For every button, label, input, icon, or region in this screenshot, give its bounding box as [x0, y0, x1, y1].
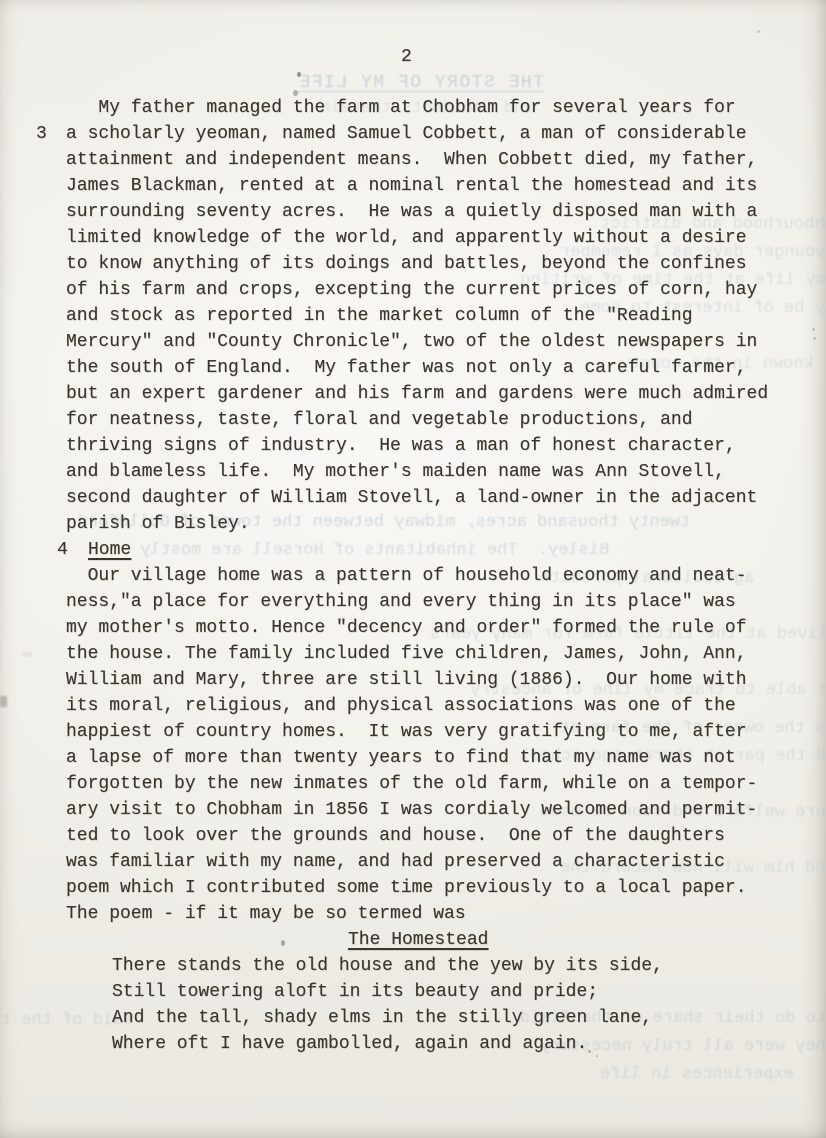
edge-smudge [0, 696, 7, 707]
page-number: 2 [401, 44, 412, 70]
dust-speck [588, 1050, 591, 1053]
text-column: My father managed the farm at Chobham fo… [66, 95, 780, 1057]
dust-speck [596, 1055, 598, 1057]
poem-title: The Homestead [66, 927, 780, 953]
poem-text: There stands the old house and the yew b… [66, 953, 780, 1057]
bleedthrough-title: THE STORY OF MY LIFE [298, 70, 544, 96]
section-heading-home: Home [66, 537, 780, 563]
dust-speck [281, 940, 285, 946]
dust-speck [293, 90, 298, 96]
dust-speck [812, 328, 815, 331]
dust-speck [297, 72, 301, 77]
scanned-document-page: THE STORY OF MY LIFE and incidents there… [0, 0, 826, 1138]
bleedthrough-line: experiences in life [600, 1062, 794, 1088]
poem-title-label: The Homestead [348, 930, 488, 950]
edge-smudge [22, 652, 32, 657]
dust-speck [757, 30, 760, 33]
section-heading-home-label: Home [88, 540, 131, 560]
paragraph-father-farm: My father managed the farm at Chobham fo… [66, 95, 780, 537]
dust-speck [813, 337, 816, 340]
margin-number-3: 3 [36, 121, 47, 147]
paragraph-village-home: Our village home was a pattern of househ… [66, 563, 780, 927]
